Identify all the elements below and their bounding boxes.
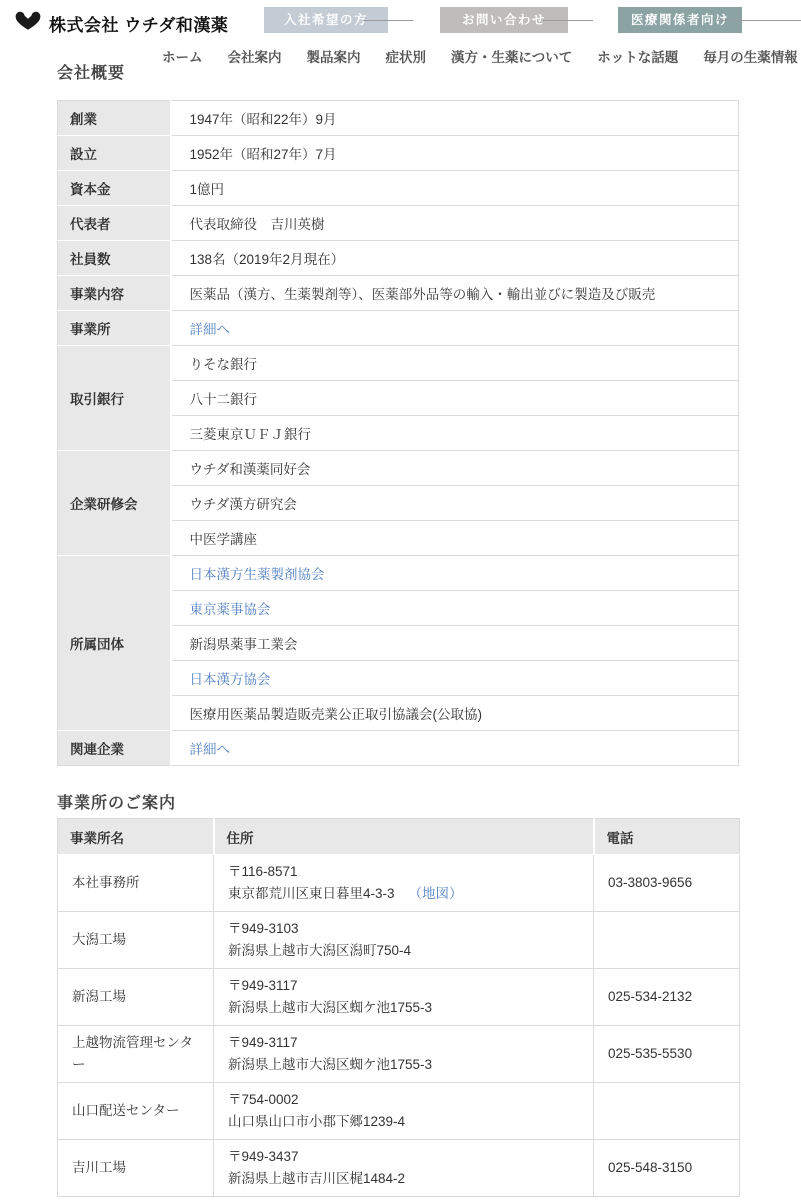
row-label: 取引銀行 — [58, 346, 171, 451]
office-address: 〒754-0002 山口県山口市小郡下郷1239-4 — [214, 1083, 594, 1140]
map-link[interactable]: （地図） — [409, 886, 463, 901]
table-row: 企業研修会 ウチダ和漢薬同好会 — [58, 451, 739, 486]
row-label: 関連企業 — [58, 731, 171, 766]
row-label: 設立 — [58, 136, 171, 171]
table-row: 取引銀行 りそな銀行 — [58, 346, 739, 381]
table-row: 創業 1947年（昭和22年）9月 — [58, 101, 739, 136]
table-row: 新潟工場 〒949-3117 新潟県上越市大潟区蜘ケ池1755-3 025-53… — [58, 969, 740, 1026]
office-phone — [594, 912, 740, 969]
table-row: 吉川工場 〒949-3437 新潟県上越市吉川区梶1484-2 025-548-… — [58, 1140, 740, 1197]
table-row: 資本金 1億円 — [58, 171, 739, 206]
column-header-address: 住所 — [214, 819, 594, 855]
row-value: 東京薬事協会 — [171, 591, 739, 626]
site-header: 株式会社 ウチダ和漢薬 入社希望の方 お問い合わせ 医療関係者向け ホーム 会社… — [0, 0, 801, 64]
table-header-row: 事業所名 住所 電話 — [58, 819, 740, 855]
postal-code: 〒949-3117 — [228, 975, 579, 997]
table-row: 関連企業 詳細へ — [58, 731, 739, 766]
row-label: 創業 — [58, 101, 171, 136]
row-value: 中医学講座 — [171, 521, 739, 556]
row-value: ウチダ和漢薬同好会 — [171, 451, 739, 486]
row-label: 社員数 — [58, 241, 171, 276]
row-value: 1952年（昭和27年）7月 — [171, 136, 739, 171]
association-link[interactable]: 東京薬事協会 — [190, 602, 271, 617]
nav-item-products[interactable]: 製品案内 — [307, 46, 361, 66]
row-value: 日本漢方協会 — [171, 661, 739, 696]
office-address: 〒949-3103 新潟県上越市大潟区潟町750-4 — [214, 912, 594, 969]
row-value: 新潟県薬事工業会 — [171, 626, 739, 661]
office-name: 大潟工場 — [58, 912, 214, 969]
contact-button[interactable]: お問い合わせ — [440, 7, 568, 33]
nav-item-home[interactable]: ホーム — [162, 46, 203, 66]
address-line: 東京都荒川区東日暮里4-3-3（地図） — [228, 883, 579, 905]
company-logo[interactable]: 株式会社 ウチダ和漢薬 — [13, 10, 228, 37]
medical-professionals-button[interactable]: 医療関係者向け — [618, 7, 742, 33]
logo-text: 株式会社 ウチダ和漢薬 — [49, 11, 228, 36]
column-header-office-name: 事業所名 — [58, 819, 214, 855]
postal-code: 〒116-8571 — [228, 861, 579, 883]
related-companies-detail-link[interactable]: 詳細へ — [190, 742, 231, 757]
office-phone: 03-3803-9656 — [594, 855, 740, 912]
table-row: 大潟工場 〒949-3103 新潟県上越市大潟区潟町750-4 — [58, 912, 740, 969]
table-row: 本社事務所 〒116-8571 東京都荒川区東日暮里4-3-3（地図） 03-3… — [58, 855, 740, 912]
row-value: 詳細へ — [171, 311, 739, 346]
address-line: 新潟県上越市吉川区梶1484-2 — [228, 1168, 579, 1190]
office-name: 山口配送センター — [58, 1083, 214, 1140]
row-label: 事業所 — [58, 311, 171, 346]
office-address: 〒949-3117 新潟県上越市大潟区蜘ケ池1755-3 — [214, 1026, 594, 1083]
office-phone: 025-535-5530 — [594, 1026, 740, 1083]
row-value: 日本漢方生薬製剤協会 — [171, 556, 739, 591]
recruit-button[interactable]: 入社希望の方 — [264, 7, 388, 33]
row-value: 代表取締役 吉川英樹 — [171, 206, 739, 241]
row-value: 三菱東京ＵＦＪ銀行 — [171, 416, 739, 451]
column-header-phone: 電話 — [594, 819, 740, 855]
office-address: 〒949-3437 新潟県上越市吉川区梶1484-2 — [214, 1140, 594, 1197]
company-overview-table: 創業 1947年（昭和22年）9月 設立 1952年（昭和27年）7月 資本金 … — [57, 100, 739, 766]
association-link[interactable]: 日本漢方生薬製剤協会 — [190, 567, 325, 582]
table-row: 設立 1952年（昭和27年）7月 — [58, 136, 739, 171]
postal-code: 〒949-3437 — [228, 1146, 579, 1168]
table-row: 社員数 138名（2019年2月現在） — [58, 241, 739, 276]
row-label: 事業内容 — [58, 276, 171, 311]
address-line: 新潟県上越市大潟区蜘ケ池1755-3 — [228, 1054, 579, 1076]
nav-item-symptoms[interactable]: 症状別 — [386, 46, 427, 66]
row-value: 医薬品（漢方、生薬製剤等）、医薬部外品等の輸入・輸出並びに製造及び販売 — [171, 276, 739, 311]
row-value: 八十二銀行 — [171, 381, 739, 416]
nav-item-company[interactable]: 会社案内 — [228, 46, 282, 66]
logo-heart-icon — [13, 10, 43, 37]
row-label: 所属団体 — [58, 556, 171, 731]
row-value: 138名（2019年2月現在） — [171, 241, 739, 276]
row-label: 資本金 — [58, 171, 171, 206]
row-value: りそな銀行 — [171, 346, 739, 381]
nav-item-hot-topics[interactable]: ホットな話題 — [597, 46, 678, 66]
row-label: 代表者 — [58, 206, 171, 241]
postal-code: 〒949-3103 — [228, 918, 579, 940]
main-nav: ホーム 会社案内 製品案内 症状別 漢方・生薬について ホットな話題 毎月の生薬… — [162, 46, 798, 66]
office-phone — [594, 1083, 740, 1140]
office-name: 新潟工場 — [58, 969, 214, 1026]
address-line: 新潟県上越市大潟区蜘ケ池1755-3 — [228, 997, 579, 1019]
row-value: 1億円 — [171, 171, 739, 206]
offices-table: 事業所名 住所 電話 本社事務所 〒116-8571 東京都荒川区東日暮里4-3… — [57, 818, 740, 1197]
postal-code: 〒754-0002 — [228, 1089, 579, 1111]
table-row: 代表者 代表取締役 吉川英樹 — [58, 206, 739, 241]
address-line: 新潟県上越市大潟区潟町750-4 — [228, 940, 579, 962]
nav-item-kampo[interactable]: 漢方・生薬について — [451, 46, 572, 66]
row-value: ウチダ漢方研究会 — [171, 486, 739, 521]
row-value: 詳細へ — [171, 731, 739, 766]
nav-item-monthly-herb[interactable]: 毎月の生薬情報 — [703, 46, 798, 66]
table-row: 山口配送センター 〒754-0002 山口県山口市小郡下郷1239-4 — [58, 1083, 740, 1140]
office-phone: 025-548-3150 — [594, 1140, 740, 1197]
table-row: 事業所 詳細へ — [58, 311, 739, 346]
row-value: 医療用医薬品製造販売業公正取引協議会(公取協) — [171, 696, 739, 731]
offices-heading: 事業所のご案内 — [57, 790, 176, 813]
postal-code: 〒949-3117 — [228, 1032, 579, 1054]
office-name: 上越物流管理センター — [58, 1026, 214, 1083]
row-value: 1947年（昭和22年）9月 — [171, 101, 739, 136]
table-row: 事業内容 医薬品（漢方、生薬製剤等）、医薬部外品等の輸入・輸出並びに製造及び販売 — [58, 276, 739, 311]
offices-detail-link[interactable]: 詳細へ — [190, 322, 231, 337]
office-address: 〒949-3117 新潟県上越市大潟区蜘ケ池1755-3 — [214, 969, 594, 1026]
office-name: 吉川工場 — [58, 1140, 214, 1197]
association-link[interactable]: 日本漢方協会 — [190, 672, 271, 687]
table-row: 上越物流管理センター 〒949-3117 新潟県上越市大潟区蜘ケ池1755-3 … — [58, 1026, 740, 1083]
row-label: 企業研修会 — [58, 451, 171, 556]
office-address: 〒116-8571 東京都荒川区東日暮里4-3-3（地図） — [214, 855, 594, 912]
table-row: 所属団体 日本漢方生薬製剤協会 — [58, 556, 739, 591]
office-phone: 025-534-2132 — [594, 969, 740, 1026]
office-name: 本社事務所 — [58, 855, 214, 912]
address-line: 山口県山口市小郡下郷1239-4 — [228, 1111, 579, 1133]
